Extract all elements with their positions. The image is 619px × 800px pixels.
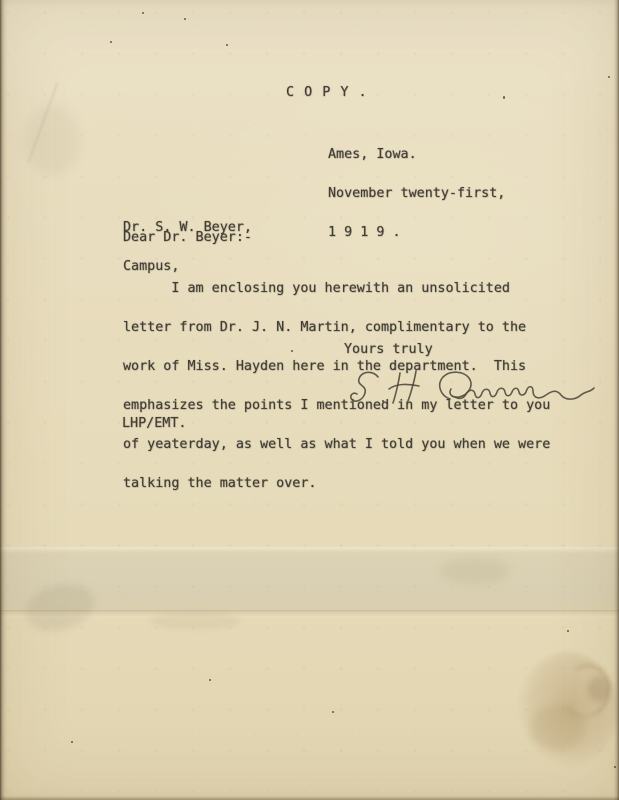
dateline-place: Ames, Iowa. xyxy=(328,148,505,161)
speck xyxy=(503,96,505,99)
smudge xyxy=(440,558,510,584)
body-line: I am enclosing you herewith an unsolicit… xyxy=(123,282,550,295)
speck xyxy=(184,18,186,20)
salutation: Dear Dr. Beyer:- xyxy=(123,231,252,244)
signature-path xyxy=(389,384,419,389)
body-line: talking the matter over. xyxy=(123,477,550,490)
smudge xyxy=(150,612,240,630)
signature-path xyxy=(351,372,378,401)
speck xyxy=(608,76,610,78)
scan-edge-left xyxy=(0,0,7,800)
stain xyxy=(588,676,610,702)
copy-label: C O P Y . xyxy=(286,86,368,99)
reference-initials: LHP/EMT. xyxy=(122,417,187,430)
speck xyxy=(71,741,73,743)
dateline-date: November twenty-first, xyxy=(328,187,505,200)
stain xyxy=(530,705,585,750)
scan-edge-bottom xyxy=(0,796,619,800)
signature-handwritten xyxy=(348,366,596,418)
closing: Yours truly xyxy=(344,343,433,356)
speck xyxy=(567,630,569,632)
signature-path xyxy=(393,373,400,403)
fold-crease xyxy=(0,610,619,618)
signature-dot xyxy=(382,400,384,402)
smudge xyxy=(25,105,80,175)
scan-edge-right xyxy=(614,0,619,800)
dateline: Ames, Iowa. November twenty-first, 1 9 1… xyxy=(328,122,505,265)
letter-page: C O P Y . Ames, Iowa. November twenty-fi… xyxy=(0,0,619,800)
speck xyxy=(110,41,112,43)
speck xyxy=(142,12,144,14)
signature-path xyxy=(455,387,594,400)
body-line: letter from Dr. J. N. Martin, compliment… xyxy=(123,321,550,334)
speck xyxy=(226,44,228,46)
speck xyxy=(209,679,211,681)
speck xyxy=(332,711,334,713)
body-line: of yeaterday, as well as what I told you… xyxy=(123,438,550,451)
dateline-year: 1 9 1 9 . xyxy=(328,226,505,239)
